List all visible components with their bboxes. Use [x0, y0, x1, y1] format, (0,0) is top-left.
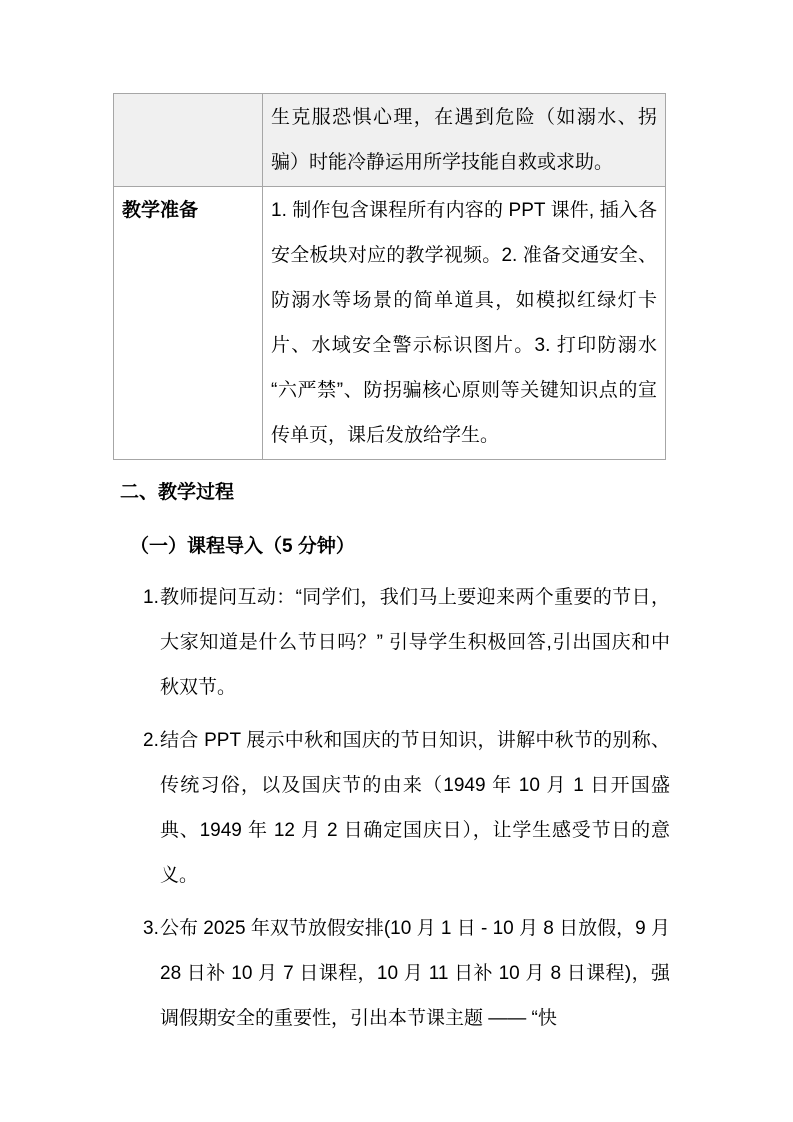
list-item-text: 结合 PPT 展示中秋和国庆的节日知识，讲解中秋节的别称、传统习俗，以及国庆节的… [160, 730, 670, 886]
table-label-cell-empty [114, 94, 263, 187]
section-heading-teaching-process: 二、教学过程 [120, 470, 673, 515]
numbered-list: 1. 教师提问互动：“同学们，我们马上要迎来两个重要的节日，大家知道是什么节日吗… [113, 575, 670, 1041]
subsection-heading-course-intro: （一）课程导入（5 分钟） [130, 524, 673, 569]
table-content-cell-goal: 生克服恐惧心理，在遇到危险（如溺水、拐骗）时能冷静运用所学技能自救或求助。 [263, 94, 666, 187]
list-item-text: 公布 2025 年双节放假安排(10 月 1 日 - 10 月 8 日放假，9 … [160, 918, 670, 1029]
list-item-number: 2. [143, 718, 159, 763]
list-item: 3. 公布 2025 年双节放假安排(10 月 1 日 - 10 月 8 日放假… [113, 906, 670, 1041]
table-row-goal-continued: 生克服恐惧心理，在遇到危险（如溺水、拐骗）时能冷静运用所学技能自救或求助。 [114, 94, 666, 187]
list-item-number: 1. [143, 575, 159, 620]
document-content: 生克服恐惧心理，在遇到危险（如溺水、拐骗）时能冷静运用所学技能自救或求助。 教学… [113, 93, 673, 1049]
table-row-preparation: 教学准备 1. 制作包含课程所有内容的 PPT 课件, 插入各安全板块对应的教学… [114, 187, 666, 460]
table-content-cell-preparation: 1. 制作包含课程所有内容的 PPT 课件, 插入各安全板块对应的教学视频。2.… [263, 187, 666, 460]
document-page: 生克服恐惧心理，在遇到危险（如溺水、拐骗）时能冷静运用所学技能自救或求助。 教学… [0, 0, 793, 1122]
list-item-text: 教师提问互动：“同学们，我们马上要迎来两个重要的节日，大家知道是什么节日吗？” … [160, 587, 670, 698]
list-item: 1. 教师提问互动：“同学们，我们马上要迎来两个重要的节日，大家知道是什么节日吗… [113, 575, 670, 710]
lesson-plan-table: 生克服恐惧心理，在遇到危险（如溺水、拐骗）时能冷静运用所学技能自救或求助。 教学… [113, 93, 666, 460]
table-label-cell-preparation: 教学准备 [114, 187, 263, 460]
list-item-number: 3. [143, 906, 159, 951]
list-item: 2. 结合 PPT 展示中秋和国庆的节日知识，讲解中秋节的别称、传统习俗，以及国… [113, 718, 670, 898]
